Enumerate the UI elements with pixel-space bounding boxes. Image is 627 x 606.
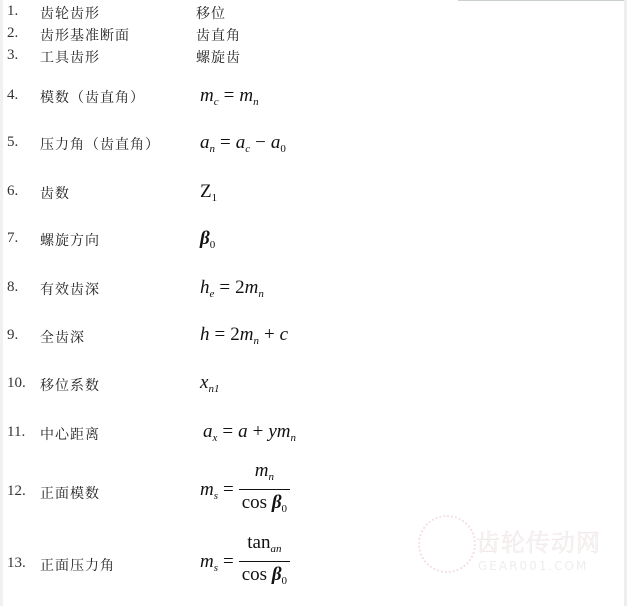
formula-pressure-angle: an=ac−a0	[200, 132, 286, 155]
formula-teeth-count: Z1	[200, 181, 217, 204]
list-item-10: 10. 移位系数 xn1	[0, 375, 620, 403]
list-item-9: 9. 全齿深 h=2mn+c	[0, 327, 620, 355]
formula-whole-depth: h=2mn+c	[200, 324, 288, 347]
item-label: 模数（齿直角）	[40, 87, 145, 107]
top-divider	[458, 0, 624, 1]
item-label: 压力角（齿直角）	[40, 134, 160, 154]
formula-center-distance: ax=a+ymn	[203, 421, 296, 444]
fraction: tanancos β0	[239, 532, 290, 593]
item-number: 3.	[7, 47, 18, 64]
list-item-3: 3. 工具齿形 螺旋齿	[0, 47, 620, 75]
item-label: 螺旋方向	[40, 230, 100, 250]
item-number: 4.	[7, 87, 18, 104]
item-number: 13.	[7, 555, 26, 572]
watermark-logo: 齿轮传动网 GEAR001.COM	[418, 515, 603, 585]
item-label: 齿形基准断面	[40, 25, 130, 45]
formula-working-depth: he=2mn	[200, 277, 264, 300]
formula-shift-coefficient: xn1	[200, 372, 219, 395]
item-number: 1.	[7, 3, 18, 20]
item-number: 11.	[7, 424, 25, 441]
gear-icon	[418, 515, 476, 573]
watermark-url: GEAR001.COM	[478, 559, 588, 573]
item-number: 9.	[7, 327, 18, 344]
item-label: 全齿深	[40, 327, 85, 347]
item-number: 10.	[7, 375, 26, 392]
list-item-11: 11. 中心距离 ax=a+ymn	[0, 424, 620, 452]
item-label: 正面模数	[40, 483, 100, 503]
list-item-4: 4. 模数（齿直角） mc=mn	[0, 87, 620, 115]
item-value: 螺旋齿	[196, 47, 241, 67]
list-item-6: 6. 齿数 Z1	[0, 183, 620, 211]
item-number: 2.	[7, 25, 18, 42]
item-value: 移位	[196, 3, 226, 23]
item-label: 齿轮齿形	[40, 3, 100, 23]
item-value: 齿直角	[196, 25, 241, 45]
formula-helix-direction: β0	[200, 228, 215, 251]
formula-module: mc=mn	[200, 85, 259, 108]
fraction: mncos β0	[239, 460, 290, 521]
item-number: 8.	[7, 279, 18, 296]
watermark-title: 齿轮传动网	[476, 523, 601, 558]
formula-transverse-pressure-angle: ms=tanancos β0	[200, 532, 290, 593]
item-number: 5.	[7, 134, 18, 151]
item-label: 移位系数	[40, 375, 100, 395]
item-number: 12.	[7, 483, 26, 500]
item-label: 齿数	[40, 183, 70, 203]
item-label: 工具齿形	[40, 47, 100, 67]
list-item-8: 8. 有效齿深 he=2mn	[0, 279, 620, 307]
item-label: 中心距离	[40, 424, 100, 444]
item-label: 正面压力角	[40, 555, 115, 575]
list-item-7: 7. 螺旋方向 β0	[0, 230, 620, 258]
item-number: 7.	[7, 230, 18, 247]
list-item-12: 12. 正面模数 ms=mncos β0	[0, 483, 620, 511]
item-number: 6.	[7, 183, 18, 200]
list-item-5: 5. 压力角（齿直角） an=ac−a0	[0, 134, 620, 162]
item-label: 有效齿深	[40, 279, 100, 299]
formula-transverse-module: ms=mncos β0	[200, 460, 290, 521]
